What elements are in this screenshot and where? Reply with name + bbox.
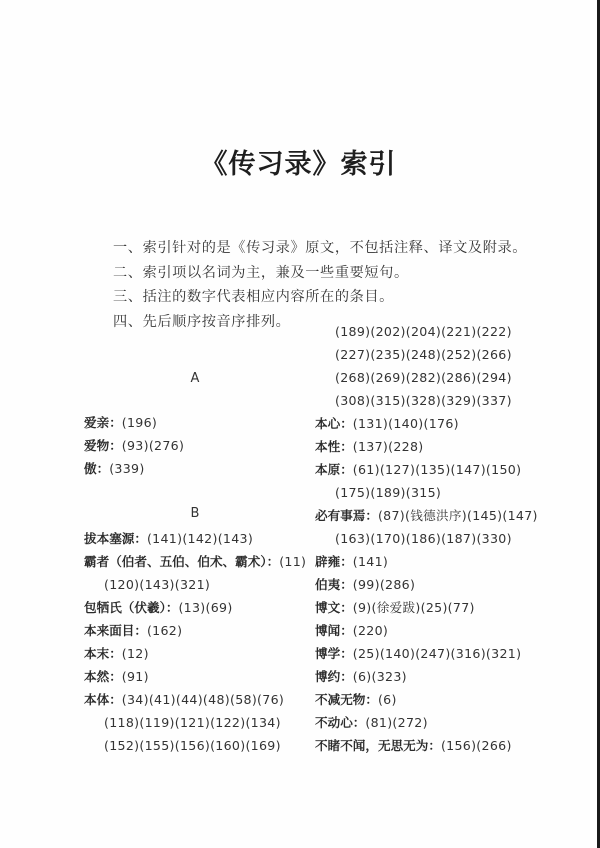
index-entry: 不减无物：(6) xyxy=(315,688,397,711)
index-entry: 拔本塞源：(141)(142)(143) xyxy=(84,527,253,550)
index-entry-continuation: (189)(202)(204)(221)(222) xyxy=(315,320,512,343)
entry-refs: (93)(276) xyxy=(122,438,184,453)
entry-refs: (11) xyxy=(279,554,306,569)
index-page: 《传习录》索引 一、索引针对的是《传习录》原文，不包括注释、译文及附录。 二、索… xyxy=(0,0,597,848)
entry-term: 伯夷： xyxy=(315,577,353,592)
index-entry-continuation: (152)(155)(156)(160)(169) xyxy=(84,734,281,757)
index-entry-continuation: (175)(189)(315) xyxy=(315,481,441,504)
index-entry-continuation: (118)(119)(121)(122)(134) xyxy=(84,711,281,734)
entry-term: 本原： xyxy=(315,462,353,477)
entry-refs: (6)(323) xyxy=(353,669,407,684)
entry-refs: (162) xyxy=(147,623,182,638)
index-entry: 爱亲：(196) xyxy=(84,411,157,434)
note-line: 二、索引项以名词为主，兼及一些重要短句。 xyxy=(113,261,527,286)
index-entry-continuation: (163)(170)(186)(187)(330) xyxy=(315,527,512,550)
entry-refs: (6) xyxy=(378,692,397,707)
index-entry-continuation: (268)(269)(282)(286)(294) xyxy=(315,366,512,389)
index-entry: 本然：(91) xyxy=(84,665,149,688)
index-entry: 伯夷：(99)(286) xyxy=(315,573,415,596)
entry-refs: (13)(69) xyxy=(178,600,232,615)
note-line: 三、括注的数字代表相应内容所在的条目。 xyxy=(113,285,527,310)
entry-term: 本心： xyxy=(315,416,353,431)
entry-refs: (339) xyxy=(109,461,144,476)
entry-term: 博文： xyxy=(315,600,353,615)
index-entry: 傲：(339) xyxy=(84,457,145,480)
entry-refs: (34)(41)(44)(48)(58)(76) xyxy=(122,692,284,707)
entry-refs: (189)(202)(204)(221)(222) xyxy=(335,324,512,339)
index-entry: 本心：(131)(140)(176) xyxy=(315,412,459,435)
index-entry: 博约：(6)(323) xyxy=(315,665,407,688)
entry-term: 辟雍： xyxy=(315,554,353,569)
entry-refs: (81)(272) xyxy=(365,715,427,730)
entry-refs: (99)(286) xyxy=(353,577,415,592)
entry-refs: (12) xyxy=(122,646,149,661)
entry-term: 拔本塞源： xyxy=(84,531,147,546)
index-entry: 本来面目：(162) xyxy=(84,619,182,642)
index-entry-continuation: (308)(315)(328)(329)(337) xyxy=(315,389,512,412)
index-entry: 本末：(12) xyxy=(84,642,149,665)
entry-term: 爱亲： xyxy=(84,415,122,430)
entry-term: 博学： xyxy=(315,646,353,661)
entry-term: 不动心： xyxy=(315,715,365,730)
index-entry: 爱物：(93)(276) xyxy=(84,434,184,457)
entry-term: 傲： xyxy=(84,461,109,476)
entry-refs: (175)(189)(315) xyxy=(335,485,441,500)
entry-term: 爱物： xyxy=(84,438,122,453)
entry-refs: (152)(155)(156)(160)(169) xyxy=(104,738,281,753)
entry-term: 博约： xyxy=(315,669,353,684)
entry-term: 不睹不闻，无思无为： xyxy=(315,738,441,753)
entry-refs: (220) xyxy=(353,623,388,638)
index-entry: 包牺氏（伏羲）：(13)(69) xyxy=(84,596,233,619)
page-title: 《传习录》索引 xyxy=(0,142,597,181)
index-entry: 本性：(137)(228) xyxy=(315,435,424,458)
entry-refs: (163)(170)(186)(187)(330) xyxy=(335,531,512,546)
entry-term: 本末： xyxy=(84,646,122,661)
entry-refs: (156)(266) xyxy=(441,738,512,753)
entry-term: 包牺氏（伏羲）： xyxy=(84,600,178,615)
entry-refs: (118)(119)(121)(122)(134) xyxy=(104,715,281,730)
entry-term: 本然： xyxy=(84,669,122,684)
entry-refs: (120)(143)(321) xyxy=(104,577,210,592)
entry-refs: (196) xyxy=(122,415,157,430)
entry-term: 本性： xyxy=(315,439,353,454)
entry-refs: (87)(钱德洪序)(145)(147) xyxy=(378,508,538,523)
entry-term: 博闻： xyxy=(315,623,353,638)
entry-refs: (137)(228) xyxy=(353,439,424,454)
index-entry-continuation: (227)(235)(248)(252)(266) xyxy=(315,343,512,366)
entry-refs: (91) xyxy=(122,669,149,684)
index-entry: 本体：(34)(41)(44)(48)(58)(76) xyxy=(84,688,284,711)
entry-refs: (141) xyxy=(353,554,388,569)
entry-refs: (227)(235)(248)(252)(266) xyxy=(335,347,512,362)
entry-term: 本来面目： xyxy=(84,623,147,638)
entry-term: 必有事焉： xyxy=(315,508,378,523)
index-entry: 博闻：(220) xyxy=(315,619,388,642)
entry-refs: (9)(徐爱跋)(25)(77) xyxy=(353,600,475,615)
entry-term: 霸者（伯者、五伯、伯术、霸术）： xyxy=(84,554,279,569)
index-entry: 本原：(61)(127)(135)(147)(150) xyxy=(315,458,521,481)
index-entry: 辟雍：(141) xyxy=(315,550,388,573)
entry-term: 不减无物： xyxy=(315,692,378,707)
index-entry: 博文：(9)(徐爱跋)(25)(77) xyxy=(315,596,475,619)
note-line: 一、索引针对的是《传习录》原文，不包括注释、译文及附录。 xyxy=(113,236,527,261)
index-entry: 必有事焉：(87)(钱德洪序)(145)(147) xyxy=(315,504,538,527)
section-header-b: B xyxy=(84,506,306,521)
index-entry: 不动心：(81)(272) xyxy=(315,711,428,734)
entry-refs: (61)(127)(135)(147)(150) xyxy=(353,462,522,477)
entry-term: 本体： xyxy=(84,692,122,707)
entry-refs: (141)(142)(143) xyxy=(147,531,253,546)
section-header-a: A xyxy=(84,371,306,386)
entry-refs: (308)(315)(328)(329)(337) xyxy=(335,393,512,408)
entry-refs: (25)(140)(247)(316)(321) xyxy=(353,646,522,661)
index-entry-continuation: (120)(143)(321) xyxy=(84,573,210,596)
index-entry: 博学：(25)(140)(247)(316)(321) xyxy=(315,642,521,665)
index-entry: 霸者（伯者、五伯、伯术、霸术）：(11) xyxy=(84,550,306,573)
entry-refs: (268)(269)(282)(286)(294) xyxy=(335,370,512,385)
index-entry: 不睹不闻，无思无为：(156)(266) xyxy=(315,734,512,757)
entry-refs: (131)(140)(176) xyxy=(353,416,459,431)
